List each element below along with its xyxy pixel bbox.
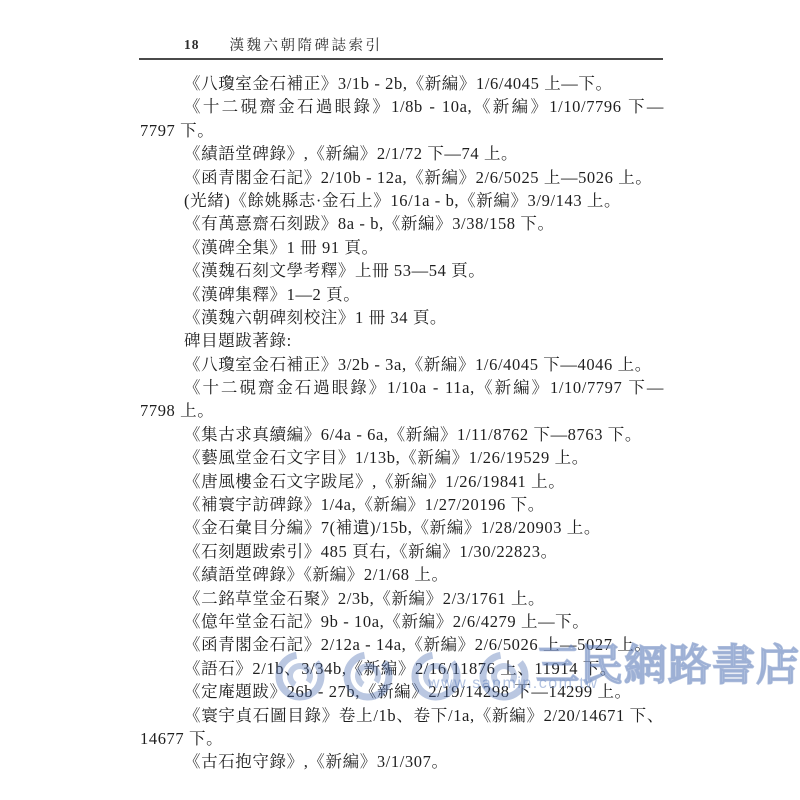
index-line: 《有萬憙齋石刻跋》8a - b,《新編》3/38/158 下。 xyxy=(140,212,664,235)
page-number: 18 xyxy=(184,37,200,53)
running-title: 漢魏六朝隋碑誌索引 xyxy=(230,34,383,55)
index-line: 《十二硯齋金石過眼錄》1/8b - 10a,《新編》1/10/7796 下— xyxy=(140,95,664,118)
index-line: 《唐風樓金石文字跋尾》,《新編》1/26/19841 上。 xyxy=(140,470,664,493)
index-line: 《定庵題跋》26b - 27b,《新編》2/19/14298 下—14299 上… xyxy=(140,680,664,703)
index-line: 《函青閣金石記》2/12a - 14a,《新編》2/6/5026 上—5027 … xyxy=(140,633,664,656)
index-line: 《語石》2/1b、3/34b,《新編》2/16/11876 上、11914 下。 xyxy=(140,657,664,680)
scanned-book-page: 18 漢魏六朝隋碑誌索引 《八瓊室金石補正》3/1b - 2b,《新編》1/6/… xyxy=(0,0,800,800)
index-line: 《石刻題跋索引》485 頁右,《新編》1/30/22823。 xyxy=(140,540,664,563)
index-line: 《寰宇貞石圖目錄》卷上/1b、卷下/1a,《新編》2/20/14671 下、 xyxy=(140,704,664,727)
index-line: 《古石抱守錄》,《新編》3/1/307。 xyxy=(140,750,664,773)
index-line: 《績語堂碑錄》,《新編》2/1/72 下—74 上。 xyxy=(140,142,664,165)
header-rule xyxy=(139,58,663,60)
index-line: 《二銘草堂金石聚》2/3b,《新編》2/3/1761 上。 xyxy=(140,587,664,610)
index-line: (光緒)《餘姚縣志·金石上》16/1a - b,《新編》3/9/143 上。 xyxy=(140,189,664,212)
index-line: 7798 上。 xyxy=(140,399,664,422)
index-line: 14677 下。 xyxy=(140,727,664,750)
index-line: 《集古求真續編》6/4a - 6a,《新編》1/11/8762 下—8763 下… xyxy=(140,423,664,446)
index-line: 《補寰宇訪碑錄》1/4a,《新編》1/27/20196 下。 xyxy=(140,493,664,516)
index-line: 《八瓊室金石補正》3/2b - 3a,《新編》1/6/4045 下—4046 上… xyxy=(140,353,664,376)
page-header: 18 漢魏六朝隋碑誌索引 xyxy=(140,34,663,54)
index-line: 《漢魏石刻文學考釋》上冊 53—54 頁。 xyxy=(140,259,664,282)
index-line: 《億年堂金石記》9b - 10a,《新編》2/6/4279 上—下。 xyxy=(140,610,664,633)
index-line: 《函青閣金石記》2/10b - 12a,《新編》2/6/5025 上—5026 … xyxy=(140,166,664,189)
index-line: 《八瓊室金石補正》3/1b - 2b,《新編》1/6/4045 上—下。 xyxy=(140,72,664,95)
index-line: 《漢碑全集》1 冊 91 頁。 xyxy=(140,236,664,259)
index-line: 《金石彙目分編》7(補遺)/15b,《新編》1/28/20903 上。 xyxy=(140,516,664,539)
index-line: 碑目題跋著錄: xyxy=(140,329,664,352)
index-line: 《藝風堂金石文字目》1/13b,《新編》1/26/19529 上。 xyxy=(140,446,664,469)
index-line: 《十二硯齋金石過眼錄》1/10a - 11a,《新編》1/10/7797 下— xyxy=(140,376,664,399)
index-line: 《漢碑集釋》1—2 頁。 xyxy=(140,283,664,306)
index-entries: 《八瓊室金石補正》3/1b - 2b,《新編》1/6/4045 上—下。《十二硯… xyxy=(140,72,664,774)
index-line: 《漢魏六朝碑刻校注》1 冊 34 頁。 xyxy=(140,306,664,329)
index-line: 7797 下。 xyxy=(140,119,664,142)
index-line: 《績語堂碑錄》《新編》2/1/68 上。 xyxy=(140,563,664,586)
